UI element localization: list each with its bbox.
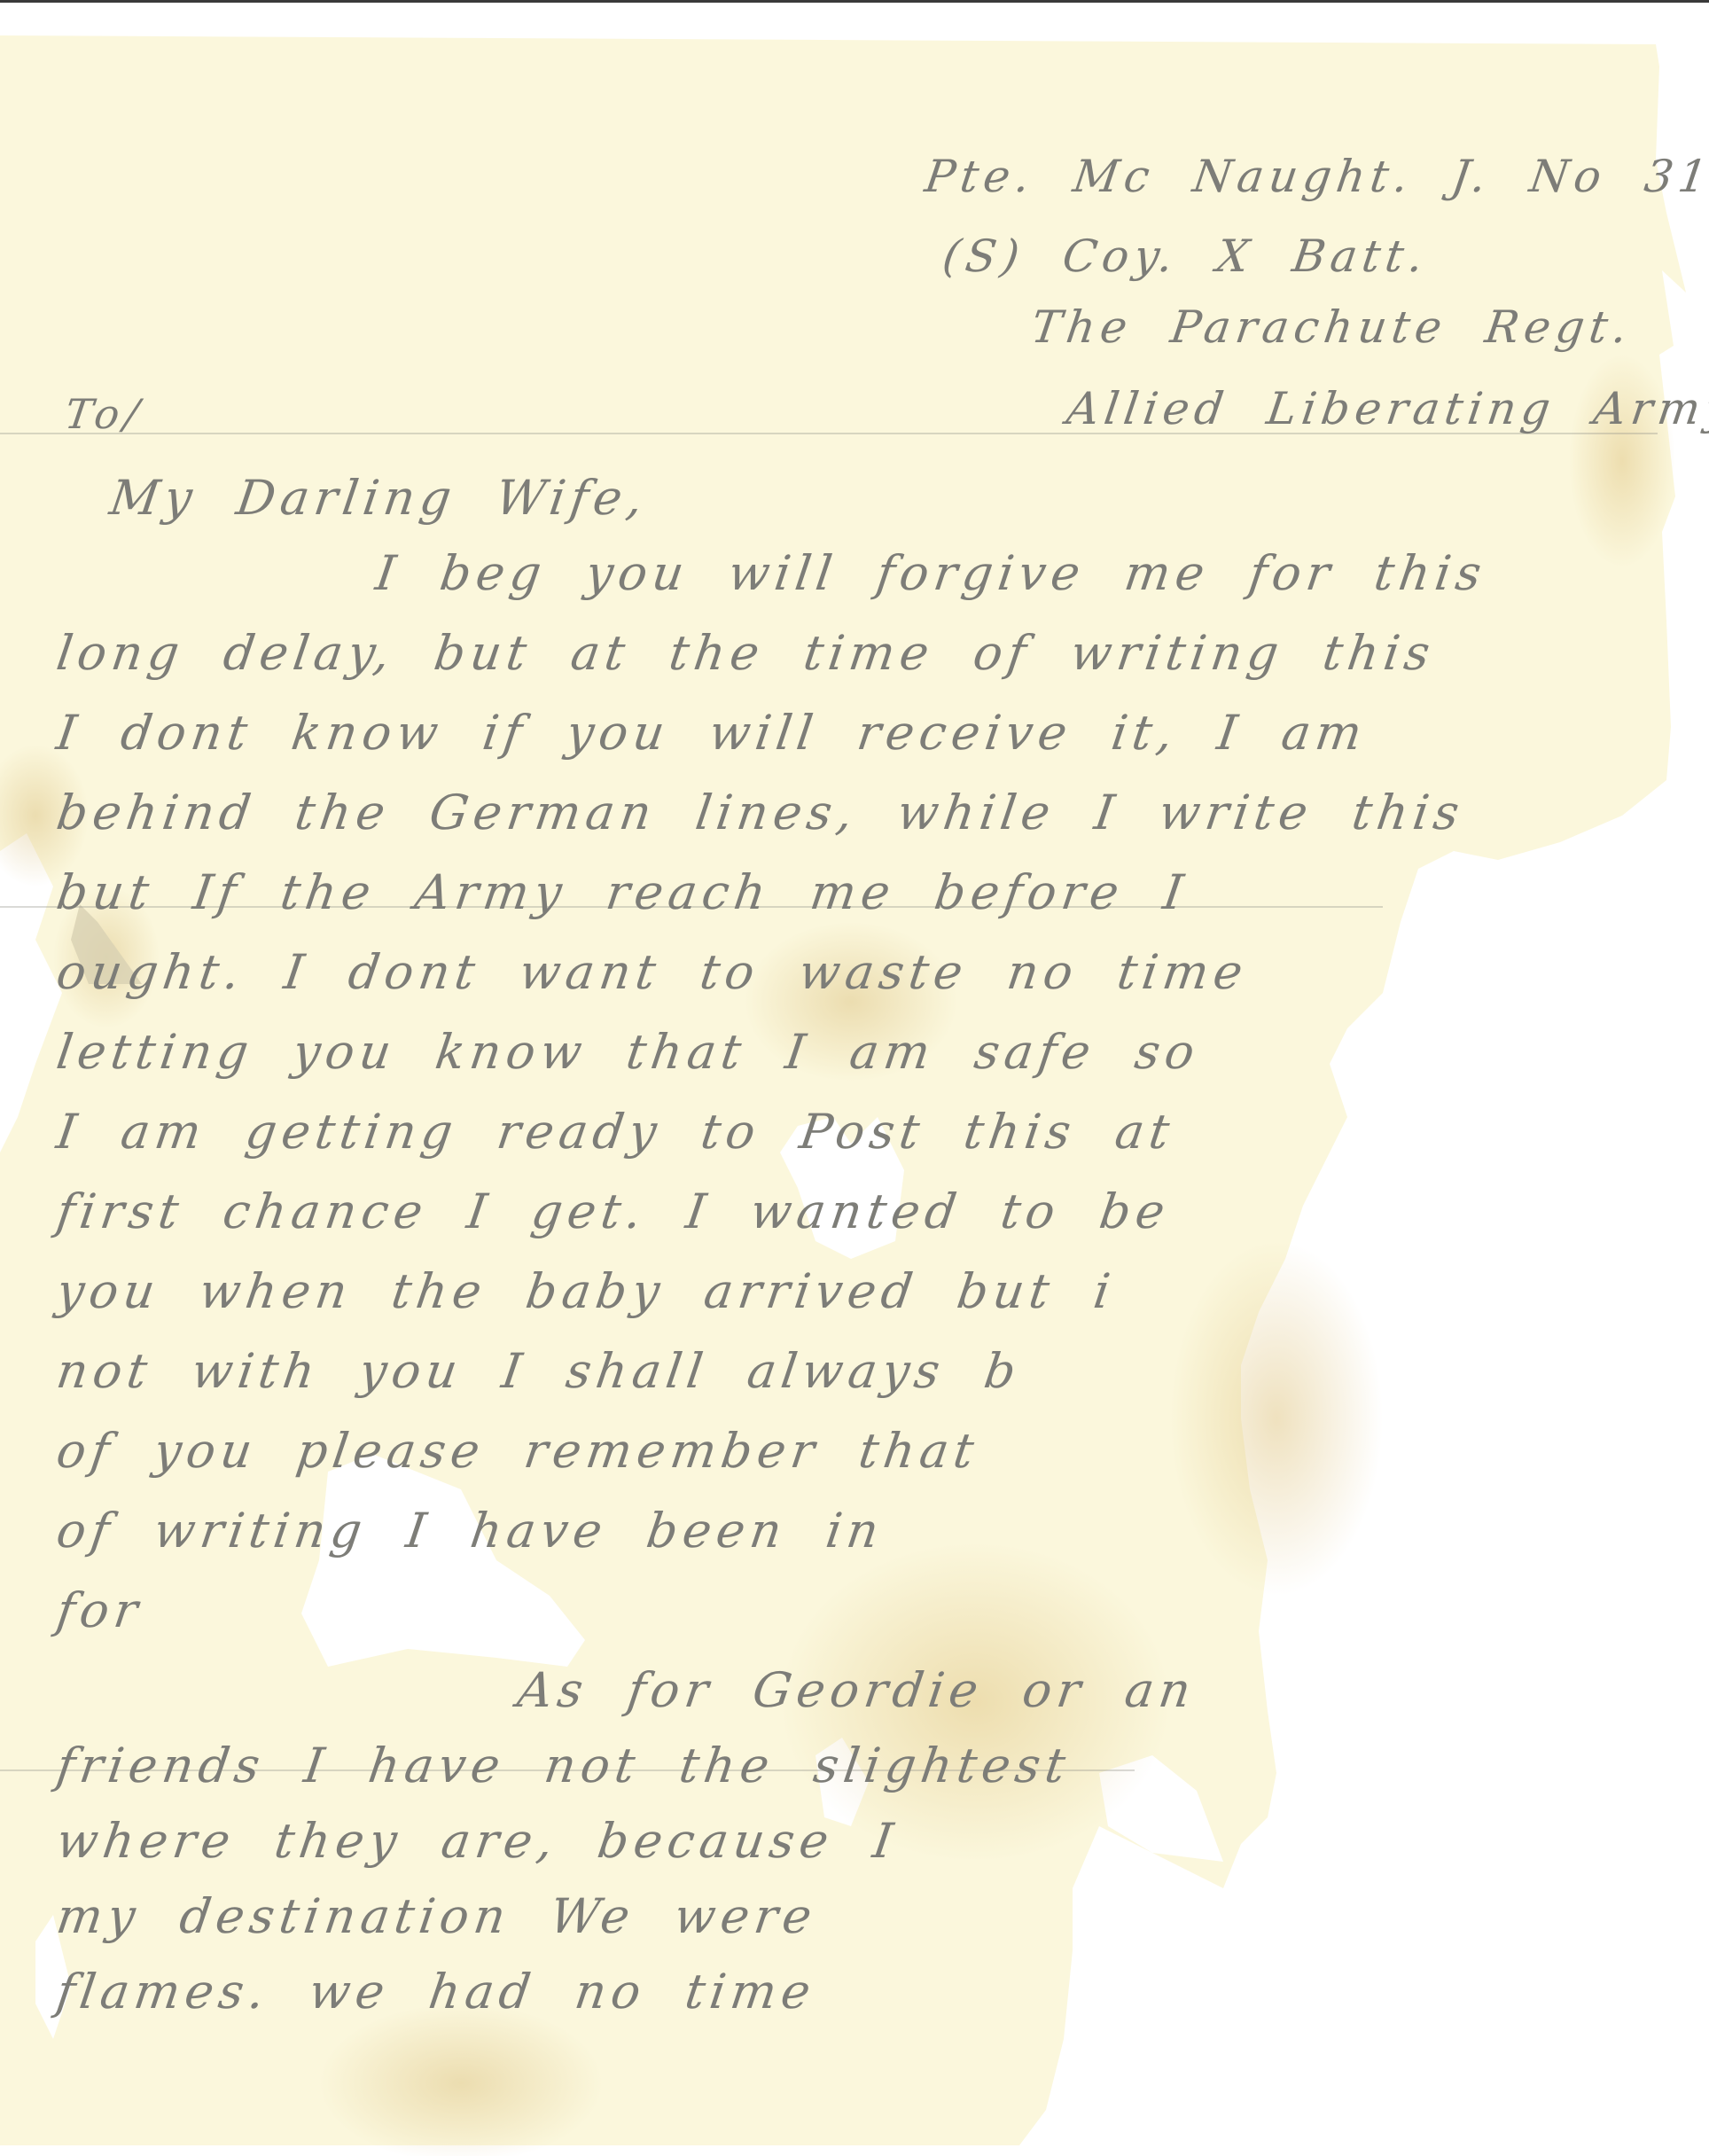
body-line: where they are, because I: [53, 1813, 901, 1869]
body-line: of writing I have been in: [53, 1503, 887, 1558]
body-line: first chance I get. I wanted to be: [53, 1183, 1174, 1239]
to-label: To/: [62, 390, 147, 438]
body-line: ought. I dont want to waste no time: [53, 944, 1252, 1000]
body-line: I beg you will forgive me for this: [372, 545, 1490, 601]
body-line: for: [53, 1582, 146, 1638]
body-line: of you please remember that: [53, 1423, 982, 1479]
body-line: but If the Army reach me before I: [53, 864, 1192, 920]
letter-paper: Pte. Mc Naught. J. No 31313 (S) Coy. X B…: [0, 0, 1709, 2156]
body-line: I am getting ready to Post this at: [53, 1104, 1178, 1160]
salutation: My Darling Wife,: [106, 470, 652, 526]
sender-name-line: Pte. Mc Naught. J. No 31313: [922, 151, 1709, 202]
body-line: not with you I shall always b: [53, 1343, 1025, 1399]
body-line: flames. we had no time: [53, 1964, 819, 2019]
body-line: I dont know if you will receive it, I am: [53, 705, 1370, 761]
unit-line: (S) Coy. X Batt.: [940, 230, 1432, 282]
body-line: friends I have not the slightest: [53, 1738, 1074, 1793]
body-line: my destination We were: [53, 1888, 821, 1944]
body-line: As for Geordie or an: [514, 1662, 1199, 1718]
body-line: letting you know that I am safe so: [53, 1024, 1203, 1080]
army-line: Allied Liberating Army: [1064, 383, 1709, 434]
body-line: long delay, but at the time of writing t…: [53, 625, 1439, 681]
body-line: you when the baby arrived but i: [53, 1263, 1119, 1319]
body-line: behind the German lines, while I write t…: [53, 785, 1468, 840]
regiment-line: The Parachute Regt.: [1028, 301, 1635, 353]
